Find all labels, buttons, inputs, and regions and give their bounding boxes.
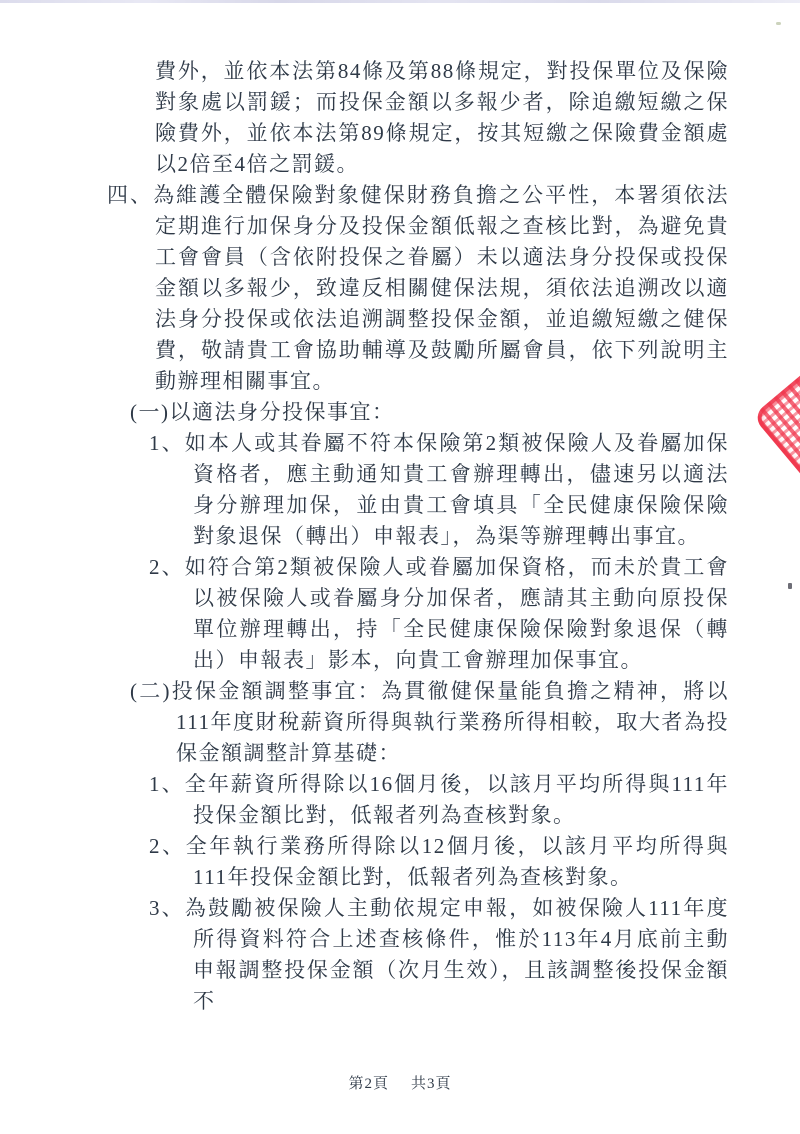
list-marker: 2、 [149, 555, 185, 579]
paragraph-section: 四、為維護全體保險對象健保財務負擔之公平性，本署須依法定期進行加保身分及投保金額… [107, 180, 729, 397]
paragraph-text: 全年薪資所得除以16個月後，以該月平均所得與111年投保金額比對，低報者列為查核… [185, 772, 729, 827]
document-body: 費外，並依本法第84條及第88條規定，對投保單位及保險對象處以罰鍰；而投保金額以… [107, 56, 729, 1017]
paragraph-text: 如本人或其眷屬不符本保險第2類被保險人及眷屬加保資格者，應主動通知貴工會辦理轉出… [185, 431, 729, 548]
paragraph-text: 如符合第2類被保險人或眷屬加保資格，而未於貴工會以被保險人或眷屬身分加保者，應請… [185, 555, 729, 672]
scan-artifact-speck [788, 583, 792, 589]
list-marker: (一) [130, 400, 170, 424]
paragraph-text: 投保金額調整事宜：為貫徹健保量能負擔之精神，將以111年度財稅薪資所得與執行業務… [171, 679, 729, 765]
scan-artifact-speck [776, 22, 781, 25]
list-marker: 四、 [107, 183, 153, 207]
paragraph-subsection: (二)投保金額調整事宜：為貫徹健保量能負擔之精神，將以111年度財稅薪資所得與執… [130, 676, 729, 769]
page-total-label: 共3頁 [411, 1076, 452, 1092]
paragraph-text: 為鼓勵被保險人主動依規定申報，如被保險人111年度所得資料符合上述查核條件，惟於… [185, 896, 729, 1013]
paragraph-continuation: 費外，並依本法第84條及第88條規定，對投保單位及保險對象處以罰鍰；而投保金額以… [107, 56, 729, 180]
paragraph-text: 費外，並依本法第84條及第88條規定，對投保單位及保險對象處以罰鍰；而投保金額以… [155, 59, 729, 176]
scan-artifact-top-edge [0, 0, 800, 3]
list-marker: 1、 [149, 772, 185, 796]
list-marker: 1、 [149, 431, 185, 455]
paragraph-subsection: (一)以適法身分投保事宜： [130, 397, 729, 428]
paragraph-item: 2、如符合第2類被保險人或眷屬加保資格，而未於貴工會以被保險人或眷屬身分加保者，… [149, 552, 729, 676]
paragraph-text: 為維護全體保險對象健保財務負擔之公平性，本署須依法定期進行加保身分及投保金額低報… [153, 183, 729, 393]
page-footer: 第2頁共3頁 [0, 1072, 800, 1093]
scanned-document-page: 費外，並依本法第84條及第88條規定，對投保單位及保險對象處以罰鍰；而投保金額以… [0, 0, 800, 1134]
red-seal-stamp [752, 347, 800, 530]
list-marker: 2、 [149, 834, 186, 858]
paragraph-item: 3、為鼓勵被保險人主動依規定申報，如被保險人111年度所得資料符合上述查核條件，… [149, 893, 729, 1017]
page-number-label: 第2頁 [348, 1076, 389, 1092]
list-marker: (二) [130, 679, 171, 703]
paragraph-item: 2、全年執行業務所得除以12個月後，以該月平均所得與111年投保金額比對，低報者… [149, 831, 729, 893]
paragraph-item: 1、如本人或其眷屬不符本保險第2類被保險人及眷屬加保資格者，應主動通知貴工會辦理… [149, 428, 729, 552]
paragraph-text: 全年執行業務所得除以12個月後，以該月平均所得與111年投保金額比對，低報者列為… [186, 834, 729, 889]
paragraph-text: 以適法身分投保事宜： [170, 400, 395, 424]
paragraph-item: 1、全年薪資所得除以16個月後，以該月平均所得與111年投保金額比對，低報者列為… [149, 769, 729, 831]
list-marker: 3、 [149, 896, 185, 920]
